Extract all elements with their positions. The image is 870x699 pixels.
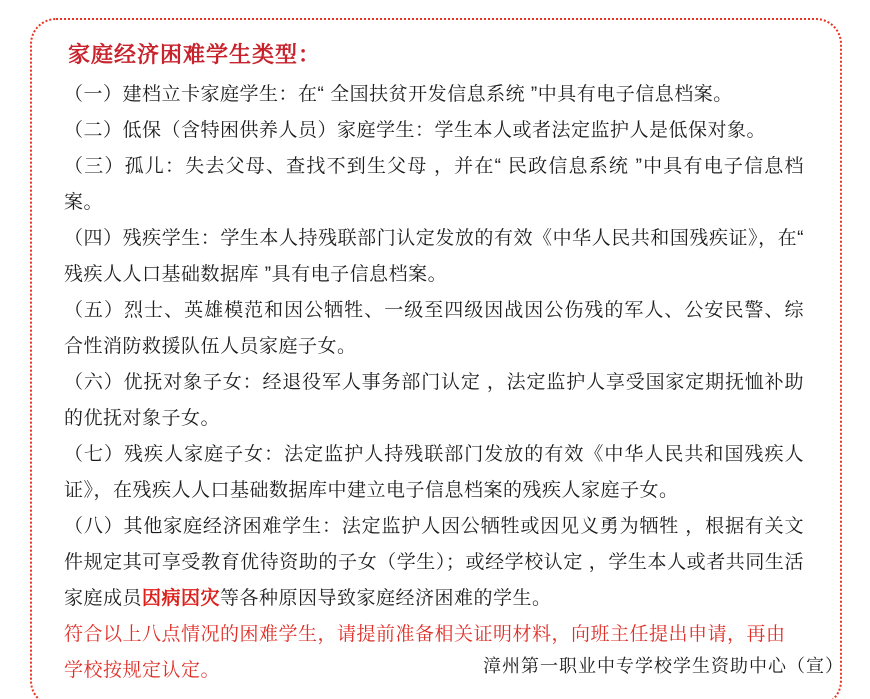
list-item-7: （七）残疾人家庭子女：法定监护人持残联部门发放的有效《中华人民共和国残疾人证》，… — [64, 437, 804, 509]
list-item-1: （一）建档立卡家庭学生：在“ 全国扶贫开发信息系统 ”中具有电子信息档案。 — [64, 77, 804, 113]
list-item-4: （四）残疾学生：学生本人持残联部门认定发放的有效《中华人民共和国残疾证》，在“ … — [64, 221, 804, 293]
publisher-attribution: 漳州第一职业中专学校学生资助中心（宣） — [483, 652, 844, 678]
list-item-8: （八）其他家庭经济困难学生：法定监护人因公牺牲或因见义勇为牺牲 ，根据有关文件规… — [64, 509, 804, 617]
list-item-2: （二）低保（含特困供养人员）家庭学生：学生本人或者法定监护人是低保对象。 — [64, 113, 804, 149]
list-item-6: （六）优抚对象子女：经退役军人事务部门认定 ，法定监护人享受国家定期抚恤补助的优… — [64, 365, 804, 437]
dotted-notice-box: 家庭经济困难学生类型： （一）建档立卡家庭学生：在“ 全国扶贫开发信息系统 ”中… — [30, 18, 842, 699]
page-title: 家庭经济困难学生类型： — [68, 38, 804, 69]
list-item-5: （五）烈士、英雄模范和因公牺牲、一级至四级因战因公伤残的军人、公安民警、综合性消… — [64, 293, 804, 365]
list-item-3: （三）孤儿：失去父母、查找不到生父母 ，并在“ 民政信息系统 ”中具有电子信息档… — [64, 149, 804, 221]
list-item-8-tail: 等各种原因导致家庭经济困难的学生。 — [220, 588, 552, 609]
list-item-8-highlight: 因病因灾 — [142, 588, 220, 609]
